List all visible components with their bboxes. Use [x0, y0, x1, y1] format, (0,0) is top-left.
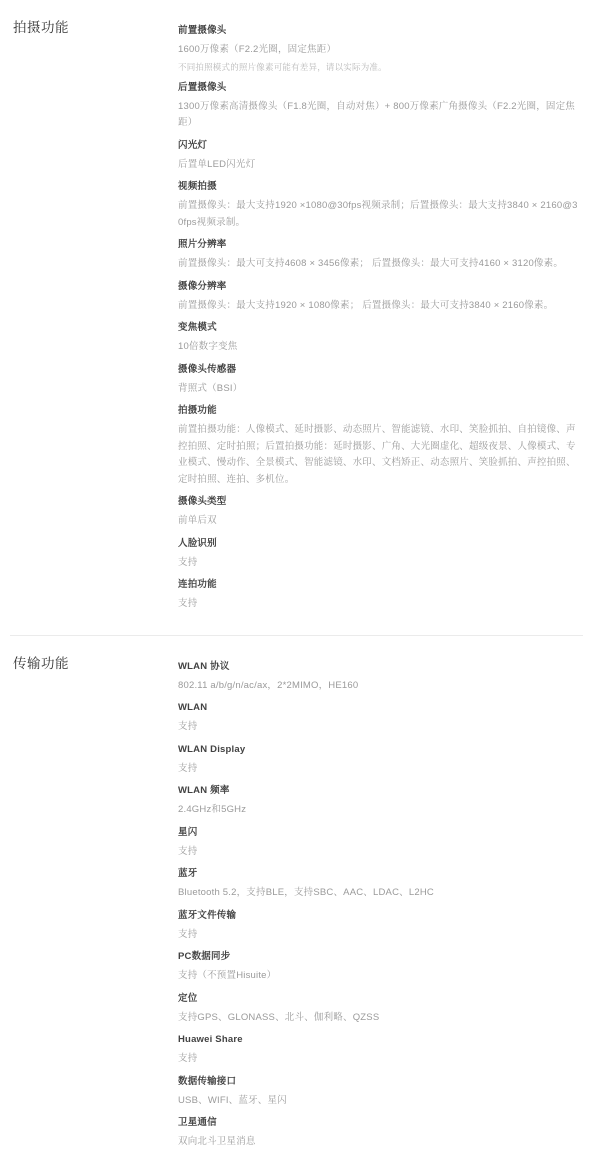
spec-item: 连拍功能 支持: [178, 579, 583, 613]
spec-item: 卫星通信 双向北斗卫星消息: [178, 1117, 583, 1151]
spec-value: 背照式（BSI）: [178, 381, 583, 398]
spec-item: WLAN 频率 2.4GHz和5GHz: [178, 785, 583, 819]
spec-value: 支持: [178, 844, 583, 861]
spec-value: 前单后双: [178, 513, 583, 530]
spec-label: 连拍功能: [178, 579, 583, 591]
spec-label: 星闪: [178, 827, 583, 839]
spec-item: 摄像头传感器 背照式（BSI）: [178, 364, 583, 398]
spec-item: 人脸识别 支持: [178, 538, 583, 572]
spec-value: 前置摄像头：最大支持1920 ×1080@30fps视频录制；后置摄像头：最大支…: [178, 198, 583, 231]
spec-label: PC数据同步: [178, 951, 583, 963]
spec-note: 不同拍照模式的照片像素可能有差异，请以实际为准。: [178, 60, 583, 74]
spec-label: 视频拍摄: [178, 181, 583, 193]
spec-item: WLAN Display 支持: [178, 744, 583, 778]
spec-value: 支持: [178, 719, 583, 736]
spec-value: 后置单LED闪光灯: [178, 157, 583, 174]
section-title: 传输功能: [13, 654, 178, 1159]
section-title: 拍摄功能: [13, 18, 178, 621]
spec-label: 蓝牙: [178, 868, 583, 880]
spec-item: Huawei Share 支持: [178, 1034, 583, 1068]
spec-label: 闪光灯: [178, 140, 583, 152]
spec-label: WLAN Display: [178, 744, 583, 756]
spec-label: 卫星通信: [178, 1117, 583, 1129]
spec-value: 支持: [178, 596, 583, 613]
spec-label: 拍摄功能: [178, 405, 583, 417]
spec-value: 10倍数字变焦: [178, 339, 583, 356]
spec-item: WLAN 协议 802.11 a/b/g/n/ac/ax，2*2MIMO，HE1…: [178, 661, 583, 695]
spec-value: 802.11 a/b/g/n/ac/ax，2*2MIMO，HE160: [178, 678, 583, 695]
spec-value: 前置摄像头：最大可支持4608 × 3456像素； 后置摄像头：最大可支持416…: [178, 256, 583, 273]
spec-item: 蓝牙文件传输 支持: [178, 910, 583, 944]
spec-item: 后置摄像头 1300万像素高清摄像头（F1.8光圈，自动对焦）+ 800万像素广…: [178, 82, 583, 132]
spec-list: WLAN 协议 802.11 a/b/g/n/ac/ax，2*2MIMO，HE1…: [178, 654, 583, 1159]
spec-label: 定位: [178, 993, 583, 1005]
spec-value: 1600万像素（F2.2光圈，固定焦距）: [178, 42, 583, 59]
spec-item: WLAN 支持: [178, 702, 583, 736]
spec-item: 拍摄功能 前置拍摄功能：人像模式、延时摄影、动态照片、智能滤镜、水印、笑脸抓拍、…: [178, 405, 583, 488]
spec-item: 数据传输接口 USB、WIFI、蓝牙、星闪: [178, 1076, 583, 1110]
spec-item: 照片分辨率 前置摄像头：最大可支持4608 × 3456像素； 后置摄像头：最大…: [178, 239, 583, 273]
spec-item: 定位 支持GPS、GLONASS、北斗、伽利略、QZSS: [178, 993, 583, 1027]
spec-value: 1300万像素高清摄像头（F1.8光圈，自动对焦）+ 800万像素广角摄像头（F…: [178, 99, 583, 132]
spec-label: 数据传输接口: [178, 1076, 583, 1088]
spec-item: 闪光灯 后置单LED闪光灯: [178, 140, 583, 174]
spec-value: 支持GPS、GLONASS、北斗、伽利略、QZSS: [178, 1010, 583, 1027]
spec-value: 双向北斗卫星消息: [178, 1134, 583, 1151]
spec-value: 支持: [178, 1051, 583, 1068]
spec-value: 支持: [178, 761, 583, 778]
spec-label: 摄像头类型: [178, 496, 583, 508]
spec-section: 拍摄功能 前置摄像头 1600万像素（F2.2光圈，固定焦距） 不同拍照模式的照…: [0, 0, 593, 635]
spec-item: 蓝牙 Bluetooth 5.2，支持BLE，支持SBC、AAC、LDAC、L2…: [178, 868, 583, 902]
spec-value: 支持（不预置Hisuite）: [178, 968, 583, 985]
spec-label: Huawei Share: [178, 1034, 583, 1046]
spec-value: 支持: [178, 555, 583, 572]
spec-item: 视频拍摄 前置摄像头：最大支持1920 ×1080@30fps视频录制；后置摄像…: [178, 181, 583, 231]
spec-item: 星闪 支持: [178, 827, 583, 861]
spec-value: USB、WIFI、蓝牙、星闪: [178, 1093, 583, 1110]
spec-label: 照片分辨率: [178, 239, 583, 251]
spec-label: WLAN 频率: [178, 785, 583, 797]
spec-label: 摄像分辨率: [178, 281, 583, 293]
spec-value: 2.4GHz和5GHz: [178, 802, 583, 819]
spec-page: 拍摄功能 前置摄像头 1600万像素（F2.2光圈，固定焦距） 不同拍照模式的照…: [0, 0, 593, 1173]
spec-item: 变焦模式 10倍数字变焦: [178, 322, 583, 356]
spec-value: 支持: [178, 927, 583, 944]
spec-item: 摄像头类型 前单后双: [178, 496, 583, 530]
spec-section: 传输功能 WLAN 协议 802.11 a/b/g/n/ac/ax，2*2MIM…: [0, 636, 593, 1173]
spec-label: 后置摄像头: [178, 82, 583, 94]
spec-label: 人脸识别: [178, 538, 583, 550]
spec-label: 蓝牙文件传输: [178, 910, 583, 922]
spec-label: 变焦模式: [178, 322, 583, 334]
spec-label: WLAN 协议: [178, 661, 583, 673]
spec-value: 前置拍摄功能：人像模式、延时摄影、动态照片、智能滤镜、水印、笑脸抓拍、自拍镜像、…: [178, 422, 583, 488]
spec-label: 摄像头传感器: [178, 364, 583, 376]
spec-label: WLAN: [178, 702, 583, 714]
spec-value: 前置摄像头：最大支持1920 × 1080像素； 后置摄像头：最大可支持3840…: [178, 298, 583, 315]
spec-list: 前置摄像头 1600万像素（F2.2光圈，固定焦距） 不同拍照模式的照片像素可能…: [178, 18, 583, 621]
spec-item: PC数据同步 支持（不预置Hisuite）: [178, 951, 583, 985]
spec-value: Bluetooth 5.2，支持BLE，支持SBC、AAC、LDAC、L2HC: [178, 885, 583, 902]
spec-item: 前置摄像头 1600万像素（F2.2光圈，固定焦距） 不同拍照模式的照片像素可能…: [178, 25, 583, 74]
spec-item: 摄像分辨率 前置摄像头：最大支持1920 × 1080像素； 后置摄像头：最大可…: [178, 281, 583, 315]
spec-label: 前置摄像头: [178, 25, 583, 37]
